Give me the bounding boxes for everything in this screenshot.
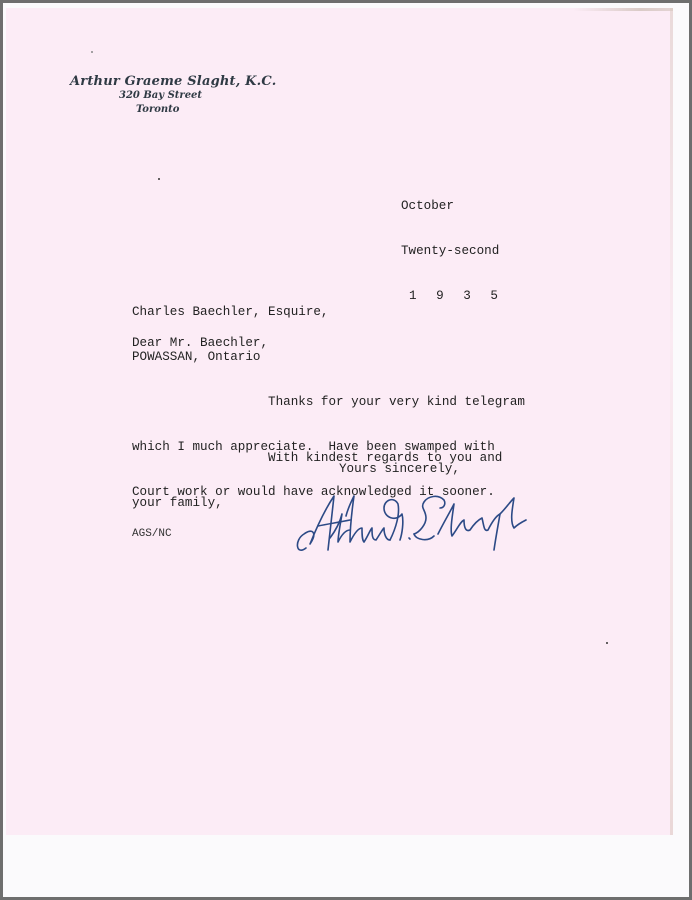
letterhead-name: Arthur Graeme Slaght, K.C. bbox=[70, 74, 276, 89]
letterhead-street: 320 Bay Street bbox=[119, 90, 202, 101]
closing: Yours sincerely, bbox=[339, 462, 460, 477]
signature-image bbox=[288, 478, 538, 568]
salutation: Dear Mr. Baechler, bbox=[132, 336, 268, 351]
date-day: Twenty-second bbox=[401, 244, 504, 259]
reference-initials: AGS/NC bbox=[132, 528, 172, 540]
paper-speck bbox=[158, 178, 160, 180]
paper-speck bbox=[91, 51, 93, 53]
paper-top-edge bbox=[6, 8, 673, 11]
paper-right-edge bbox=[670, 8, 673, 835]
addressee-location: POWASSAN, Ontario bbox=[132, 350, 329, 365]
letter-paper: Arthur Graeme Slaght, K.C. 320 Bay Stree… bbox=[6, 8, 673, 835]
date-year: 1 9 3 5 bbox=[401, 289, 504, 304]
body-line: Thanks for your very kind telegram bbox=[132, 395, 525, 410]
paper-speck bbox=[606, 642, 608, 644]
addressee-name: Charles Baechler, Esquire, bbox=[132, 305, 329, 320]
date-month: October bbox=[401, 199, 504, 214]
date-block: October Twenty-second 1 9 3 5 bbox=[401, 169, 504, 334]
scan-frame: Arthur Graeme Slaght, K.C. 320 Bay Stree… bbox=[0, 0, 692, 900]
letterhead-city: Toronto bbox=[136, 104, 179, 115]
